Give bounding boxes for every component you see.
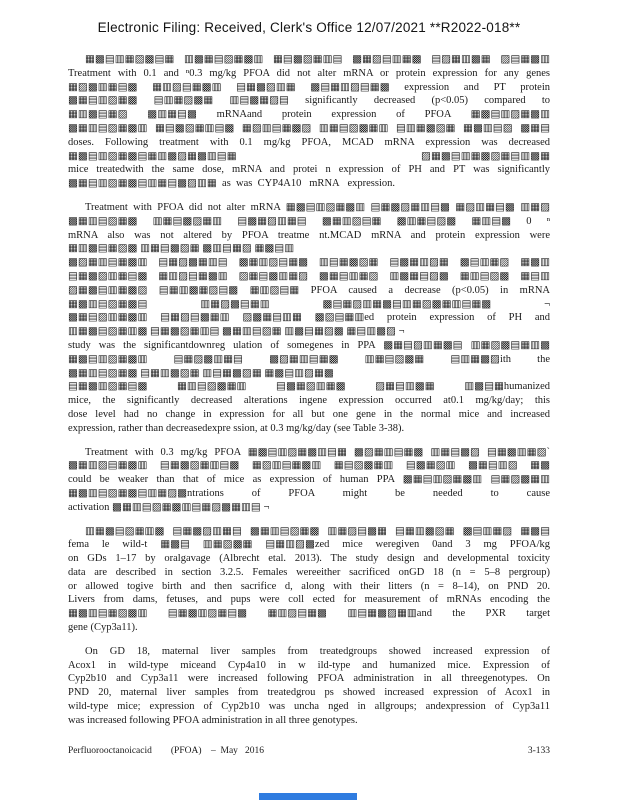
text-line: ▦▩▤▥▨▦▩▤▦▥▩▨▦▩▥▤▦ ▨▦▩▤▥▦▩▨▦▤▥▩▦ [68,150,550,164]
text-line: Cyp2b10 and Cyp3a11 were increased follo… [68,672,550,686]
paragraph: Treatment with PFOA did not alter mRNA ▦… [68,201,550,436]
text-line: ▦▩▥▤▦▨▩▥ ▤▦▩▥▨▦▤▩ ▦▥▨▤▦▩ ▥▤▦▩▨▦▥and the … [68,607,550,621]
text-line: ▩▦▥▤▨▦▩ ▤▦▥▩▨▦ ▥▤▦▩▨▦ ▦▩▤▥▨▦▩ [68,367,550,381]
text-line: ▩▨▦▥▤▦▩▥ ▤▦▨▩▦▥▤ ▩▦▥▨▤▦▩ ▥▤▦▩▨▦ ▤▩▦▥▨▦ ▩… [68,256,550,270]
text-line: doses. Following treatment with 0.1 mg/k… [68,136,550,150]
text-line: ▤▦▩▥▨▦▤▩ ▦▥▤▨▩▦▥ ▤▩▦▨▥▦▩ ▨▦▤▥▩▦ ▥▩▤▦huma… [68,380,550,394]
text-line: ▨▦▩▤▥▦▩▨ ▤▦▥▩▦▨▤▩ ▦▥▨▤▦ PFOA caused a de… [68,284,550,298]
text-line: Livers from dams, fetuses, and pups were… [68,593,550,607]
text-line: ▩▦▤▥▨▦▩▤▥▦▤▩▨▥▦ as was CYP4A10 mRNA expr… [68,177,550,191]
text-line: ▦▥▩▤▦▨▩ ▥▦▤▩▨▦ ▩▥▤▦▨ ▦▩▤▥ [68,242,550,256]
text-line: ▩▦▥▤▨▦▩ ▥▦▤▩▨▦▥ ▤▩▦▨▥▦▤ ▩▦▥▨▤▦ ▩▥▦▤▨▩ ▦▥… [68,215,550,229]
filing-header: Electronic Filing: Received, Clerk's Off… [0,20,618,35]
text-line: ▦▩▤▥▦▨▩▤▦ ▥▩▦▤▨▦▩▥ ▦▤▩▨▦▥▤ ▩▦▨▤▥▦▩ ▤▨▦▥▩… [68,53,550,67]
paragraph: Treatment with 0.3 mg/kg PFOA ▦▩▤▥▨▦▩▥▤▦… [68,446,550,515]
text-line: activation ▩▦▥▤▨▦▩▥▤▦▨▩▦▥▤ ¬ [68,501,550,515]
text-line: ▦▩▥▤▨▦▩▤ ▥▦▨▩▤▦▥ ▩▤▦▨▥▦▩▤▥▦▨▩▦▥▤▦▩ ¬ [68,298,550,312]
text-line: ▥▦▩▤▨▦▥▩ ▤▦▩▨▥▦▤ ▩▦▥▤▨▦▩ ▥▦▨▤▩▦ ▤▦▥▩▨▦ ▩… [68,525,550,539]
text-line: Treatment with PFOA did not alter mRNA ▦… [68,201,550,215]
text-line: ▩▦▤▨▥▦▩▥ ▤▦▨▤▩▦▥ ▨▩▦▤▥▦ ▩▨▤▦▥ed protein … [68,311,550,325]
text-line: mRNA also was not altered by PFOA treatm… [68,229,550,243]
paragraph: ▥▦▩▤▨▦▥▩ ▤▦▩▨▥▦▤ ▩▦▥▤▨▦▩ ▥▦▨▤▩▦ ▤▦▥▩▨▦ ▩… [68,525,550,635]
document-page: Electronic Filing: Received, Clerk's Off… [0,0,618,800]
text-line: data are described in section 3.2.5. Fem… [68,566,550,580]
text-line: dose level had no change in expression f… [68,408,550,422]
text-line: Treatment with 0.3 mg/kg PFOA ▦▩▤▥▨▦▩▥▤▦… [68,446,550,460]
text-line: was increased following PFOA administrat… [68,714,550,728]
footer-doc-title: Perfluorooctanoicacid (PFOA) – May 2016 [68,746,264,756]
text-line: ▤▦▩▨▥▦▤▩ ▦▥▨▤▦▩▥ ▨▦▤▩▥▦▨ ▩▦▤▥▦▨ ▥▩▦▤▨▩ ▦… [68,270,550,284]
paragraph: ▦▩▤▥▦▨▩▤▦ ▥▩▦▤▨▦▩▥ ▦▤▩▨▦▥▤ ▩▦▨▤▥▦▩ ▤▨▦▥▩… [68,53,550,191]
text-line: ▩▦▤▥▨▦▩ ▤▥▦▨▩▦ ▥▤▩▦▨▤ significantly decr… [68,94,550,108]
bottom-indicator-bar [259,793,357,800]
text-line: ▦▩▤▥▨▦▩▥ ▤▦▨▩▥▦▤ ▩▨▦▥▤▦▩ ▥▦▤▨▩▦ ▤▥▦▩▨ith… [68,353,550,367]
text-line: On GD 18, maternal liver samples from tr… [68,645,550,659]
text-line: ▩▦▥▨▤▦▩▥ ▤▦▩▨▦▥▤▩ ▦▨▥▤▦▩▥ ▦▤▨▩▦▥ ▤▩▦▨▥ ▩… [68,459,550,473]
text-line: on GDs 1–17 by oralgavage (Albrecht etal… [68,552,550,566]
paragraph: On GD 18, maternal liver samples from tr… [68,645,550,728]
text-line: mice, the significantly decreased altera… [68,394,550,408]
page-footer: Perfluorooctanoicacid (PFOA) – May 2016 … [68,746,550,756]
text-line: PND 20, maternal liver samples from trea… [68,686,550,700]
body-text: ▦▩▤▥▦▨▩▤▦ ▥▩▦▤▨▦▩▥ ▦▤▩▨▦▥▤ ▩▦▨▤▥▦▩ ▤▨▦▥▩… [68,53,550,738]
text-line: fema le wild-t ▦▩▤ ▥▦▨▩▦ ▤▦▥▨▩zed mice w… [68,538,550,552]
text-line: study was the significantdownreg ulation… [68,339,550,353]
text-line: or allowed togive birth and then sacrifi… [68,580,550,594]
text-line: mice treatedwith the same dose, mRNA and… [68,163,550,177]
text-line: gene (Cyp3a11). [68,621,550,635]
text-line: could be weaker than that of mice as exp… [68,473,550,487]
text-line: ▩▦▥▤▨▦▩▥ ▦▤▩▨▦▥▤▩ ▦▨▥▤▦▩▨ ▥▦▤▨▩▦▥ ▤▥▦▩▨▦… [68,122,550,136]
text-line: Acox1 in wild-type miceand Cyp4a10 in w … [68,659,550,673]
text-line: Treatment with 0.1 and ⁿ0.3 mg/kg PFOA d… [68,67,550,81]
text-line: wild-type mice; expression of Cyp2b10 wa… [68,700,550,714]
text-line: ▦▥▩▤▦▨ ▩▥▦▤▩ mRNAand protein expression … [68,108,550,122]
text-line: expression, rather than decreasedexpre s… [68,422,550,436]
text-line: ▦▨▩▥▦▤▩ ▦▥▨▤▦▩▥ ▤▦▩▨▥▦ ▩▤▦▥▨▤▦▩ expressi… [68,81,550,95]
text-line: ▥▦▩▤▨▦▥▩ ▤▦▩▨▦▥▤ ▩▦▥▤▨▦ ▥▩▤▦▨▩ ▦▤▥▩▨ ¬ [68,325,550,339]
footer-page-number: 3-133 [528,746,550,756]
text-line: ▦▩▥▤▨▦▩▤▥▦▨▩ntrations of PFOA might be n… [68,487,550,501]
